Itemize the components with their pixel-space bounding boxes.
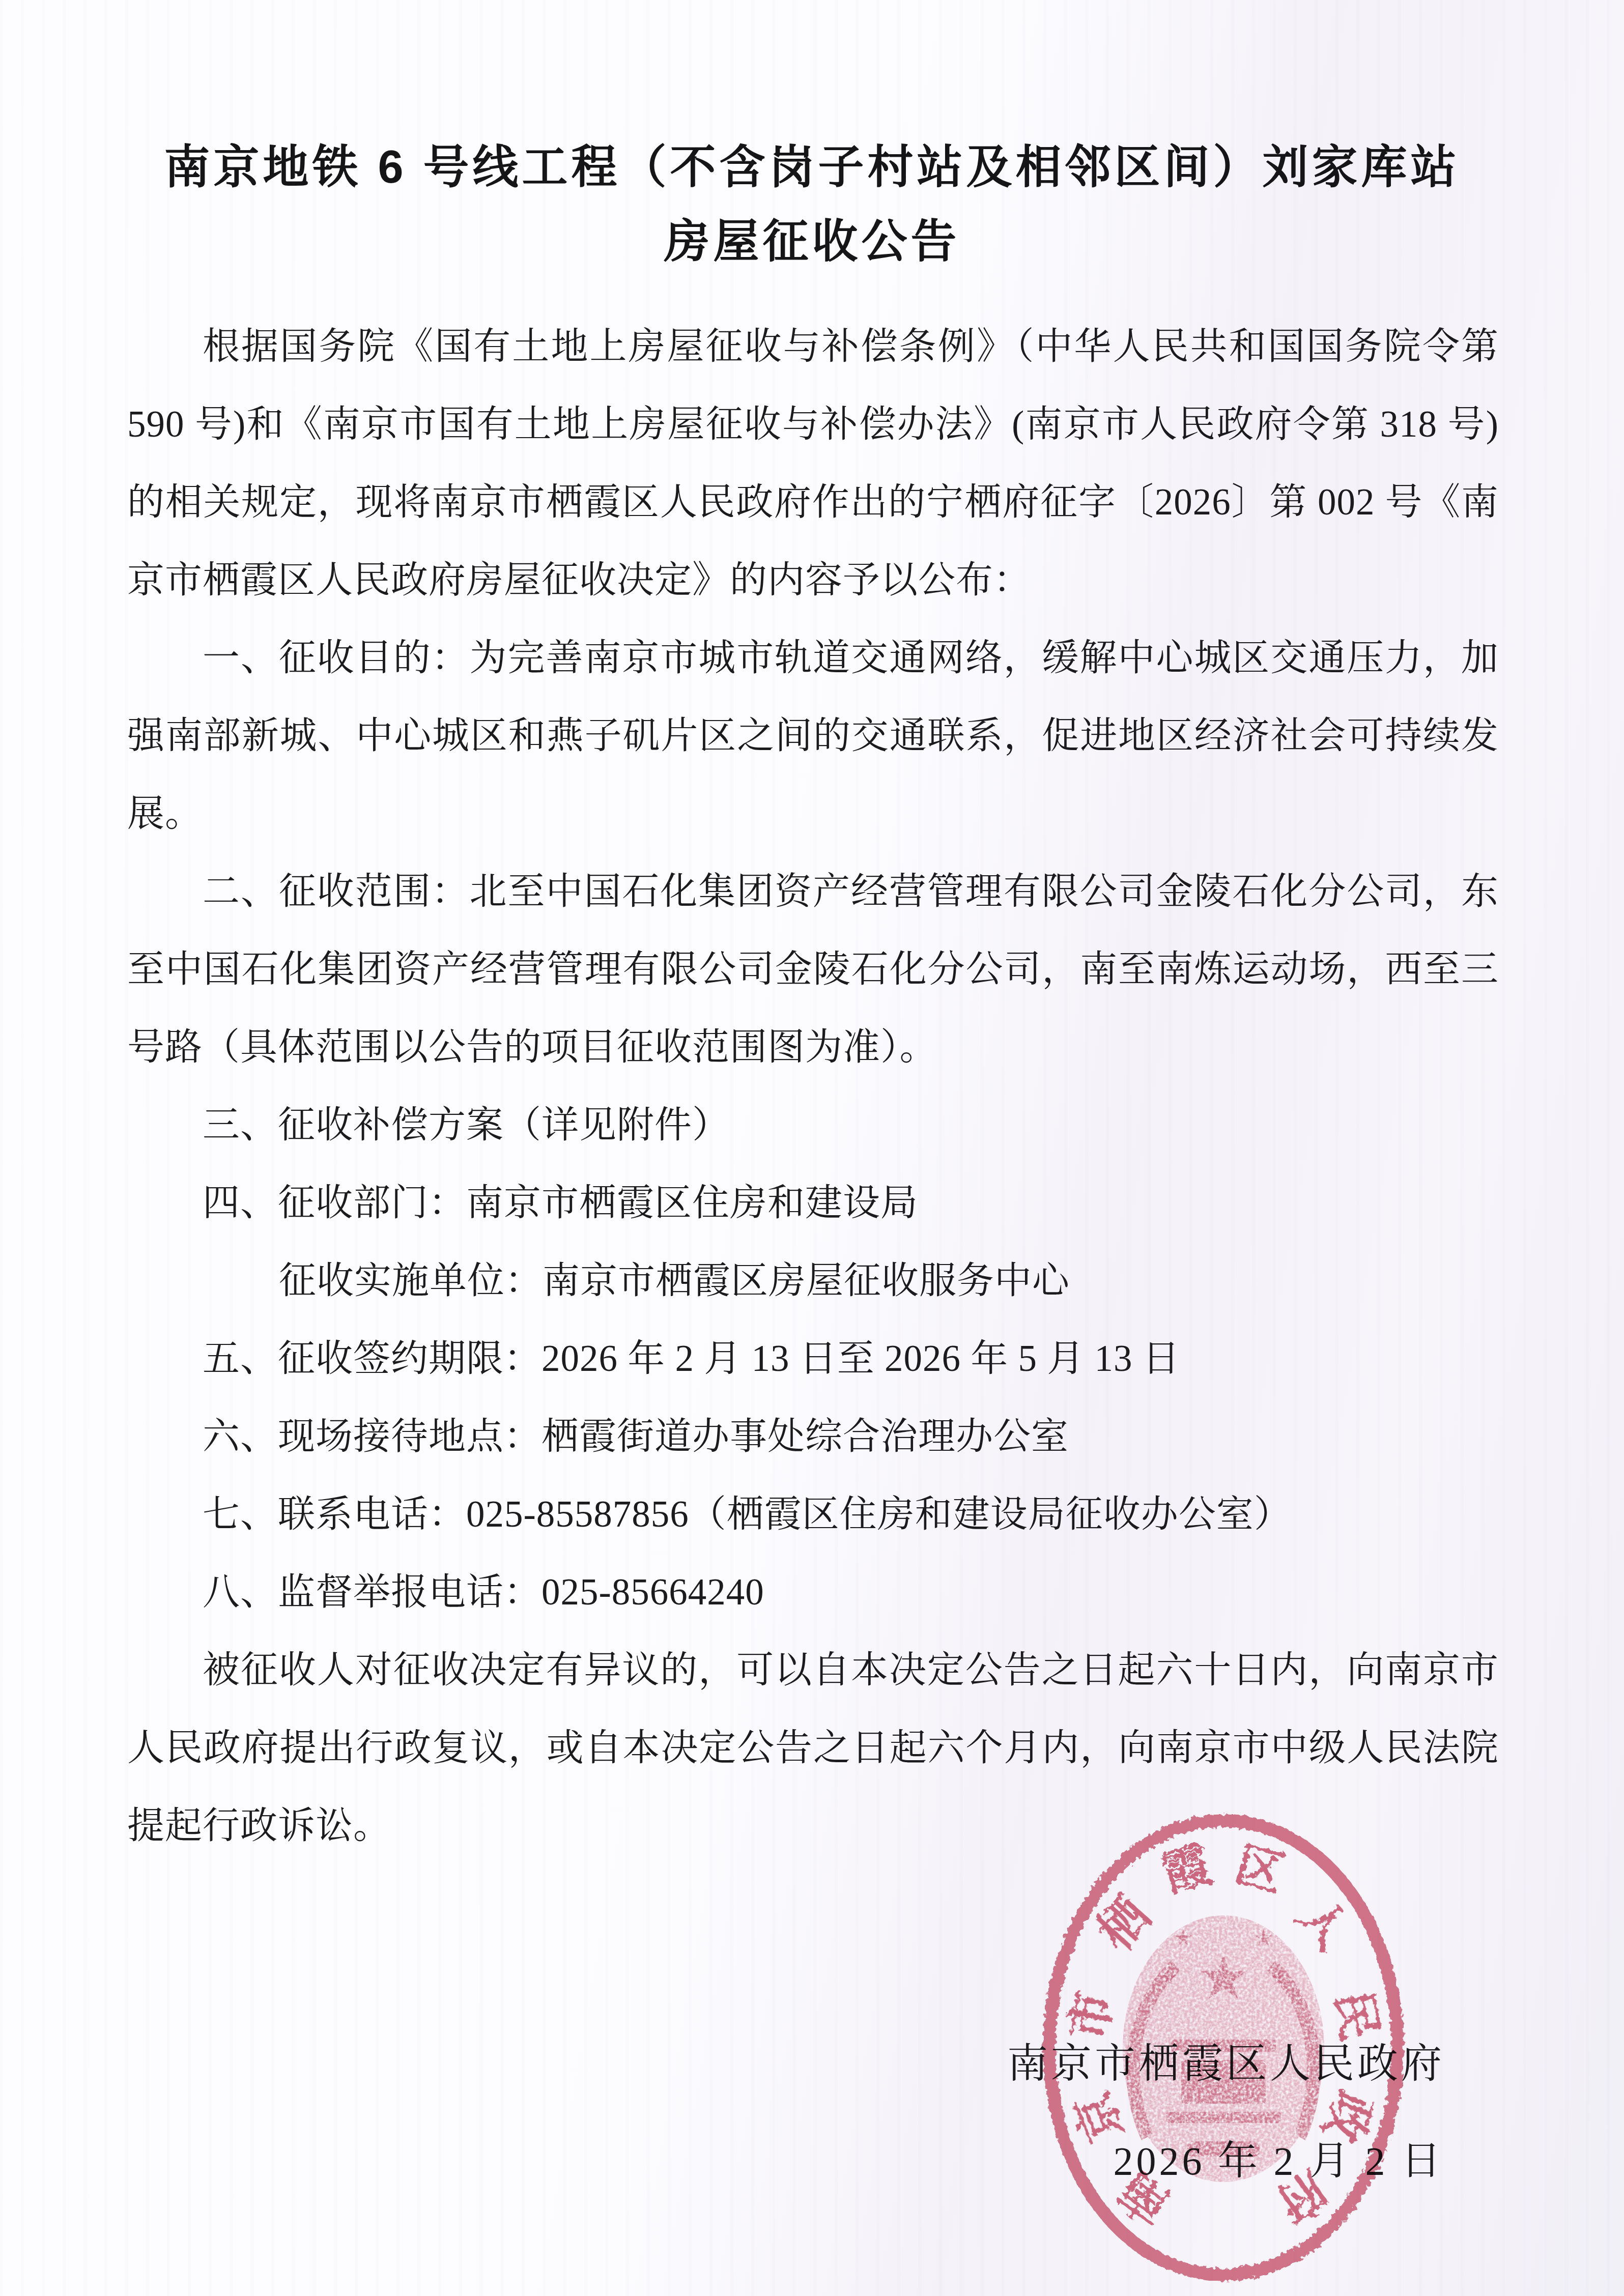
item-report-phone: 八、监督举报电话：025-85664240 <box>127 1553 1499 1631</box>
item-department: 四、征收部门：南京市栖霞区住房和建设局 <box>127 1164 1499 1242</box>
document-title-line1: 南京地铁 6 号线工程（不含岗子村站及相邻区间）刘家库站 <box>0 0 1624 194</box>
seal-ring-char: 人 <box>1287 1887 1360 1960</box>
emblem-star-icon: ★ <box>1173 1925 1193 1951</box>
emblem-star-icon: ★ <box>1253 1925 1273 1951</box>
signature-organization: 南京市栖霞区人民政府 <box>1007 2030 1445 2089</box>
announcement-document-page: 南京地铁 6 号线工程（不含岗子村站及相邻区间）刘家库站 房屋征收公告 根据国务… <box>0 0 1624 2296</box>
signature-date: 2026 年 2 月 2 日 <box>1113 2129 1444 2186</box>
emblem-star-icon: ★ <box>1196 1942 1251 2013</box>
item-purpose: 一、征收目的：为完善南京市城市轨道交通网络，缓解中心城区交通压力，加强南部新城、… <box>127 619 1499 852</box>
item-scope: 二、征收范围：北至中国石化集团资产经营管理有限公司金陵石化分公司，东至中国石化集… <box>127 852 1499 1086</box>
item-contact-phone: 七、联系电话：025-85587856（栖霞区住房和建设局征收办公室） <box>127 1475 1499 1553</box>
seal-ring-char: 栖 <box>1087 1887 1160 1960</box>
document-title-line2: 房屋征收公告 <box>0 215 1624 269</box>
closing-paragraph: 被征收人对征收决定有异议的，可以自本决定公告之日起六十日内，向南京市人民政府提出… <box>127 1631 1499 1864</box>
item-signing-period: 五、征收签约期限：2026 年 2 月 13 日至 2026 年 5 月 13 … <box>127 1319 1499 1397</box>
item-compensation-plan: 三、征收补偿方案（详见附件） <box>127 1086 1499 1164</box>
emblem-star-icon: ★ <box>1158 1965 1178 1991</box>
intro-paragraph: 根据国务院《国有土地上房屋征收与补偿条例》（中华人民共和国国务院令第 590 号… <box>127 307 1499 619</box>
document-body: 根据国务院《国有土地上房屋征收与补偿条例》（中华人民共和国国务院令第 590 号… <box>127 307 1499 1864</box>
item-implementation-unit: 征收实施单位：南京市栖霞区房屋征收服务中心 <box>127 1242 1499 1319</box>
emblem-star-icon: ★ <box>1269 1965 1289 1991</box>
item-reception-site: 六、现场接待地点：栖霞街道办事处综合治理办公室 <box>127 1397 1499 1475</box>
